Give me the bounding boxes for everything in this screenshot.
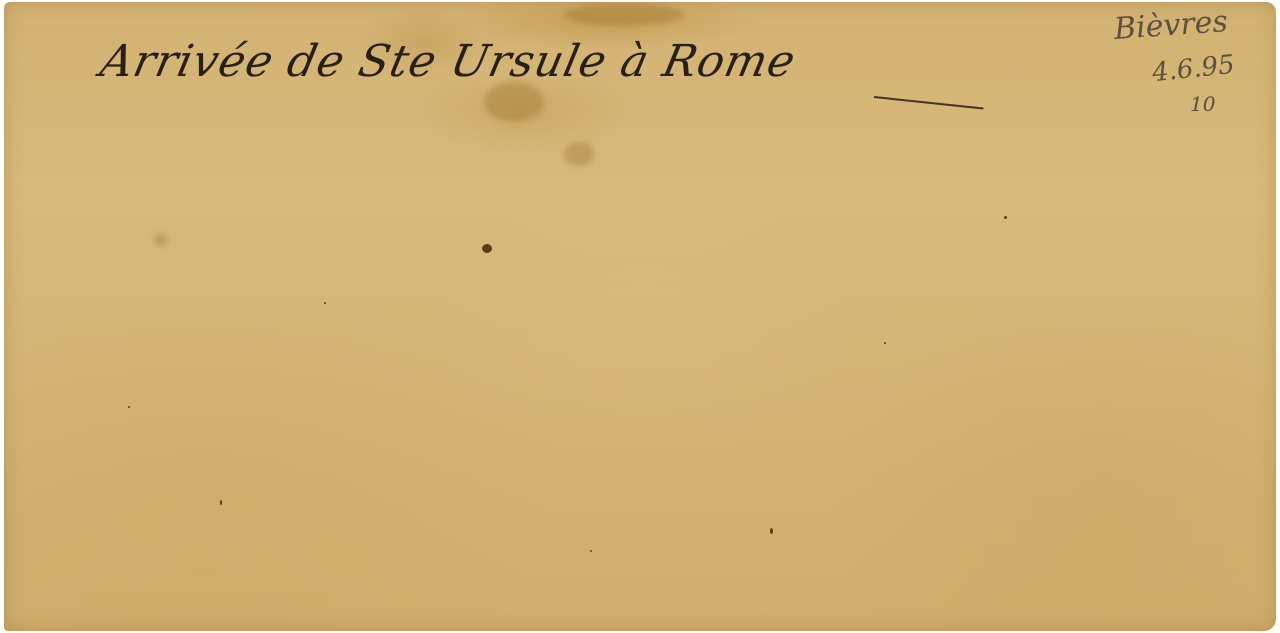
stain — [154, 234, 168, 246]
speck — [590, 550, 592, 552]
handwritten-title: Arrivée de Ste Ursule à Rome — [96, 36, 800, 87]
stain — [484, 82, 544, 122]
title-flourish-underline — [874, 96, 984, 109]
speck — [324, 302, 326, 304]
stain — [564, 142, 594, 166]
card-back: Arrivée de Ste Ursule à Rome Bièvres 4.6… — [4, 2, 1276, 631]
speck — [1004, 216, 1007, 219]
speck — [128, 406, 130, 408]
speck — [220, 500, 222, 505]
speck — [482, 244, 492, 253]
pencil-note-date: 4.6.95 — [1151, 50, 1236, 88]
stain — [564, 4, 684, 26]
speck — [770, 528, 773, 534]
speck — [884, 342, 886, 344]
pencil-note-place: Bièvres — [1113, 4, 1229, 47]
pencil-note-number: 10 — [1190, 92, 1215, 116]
